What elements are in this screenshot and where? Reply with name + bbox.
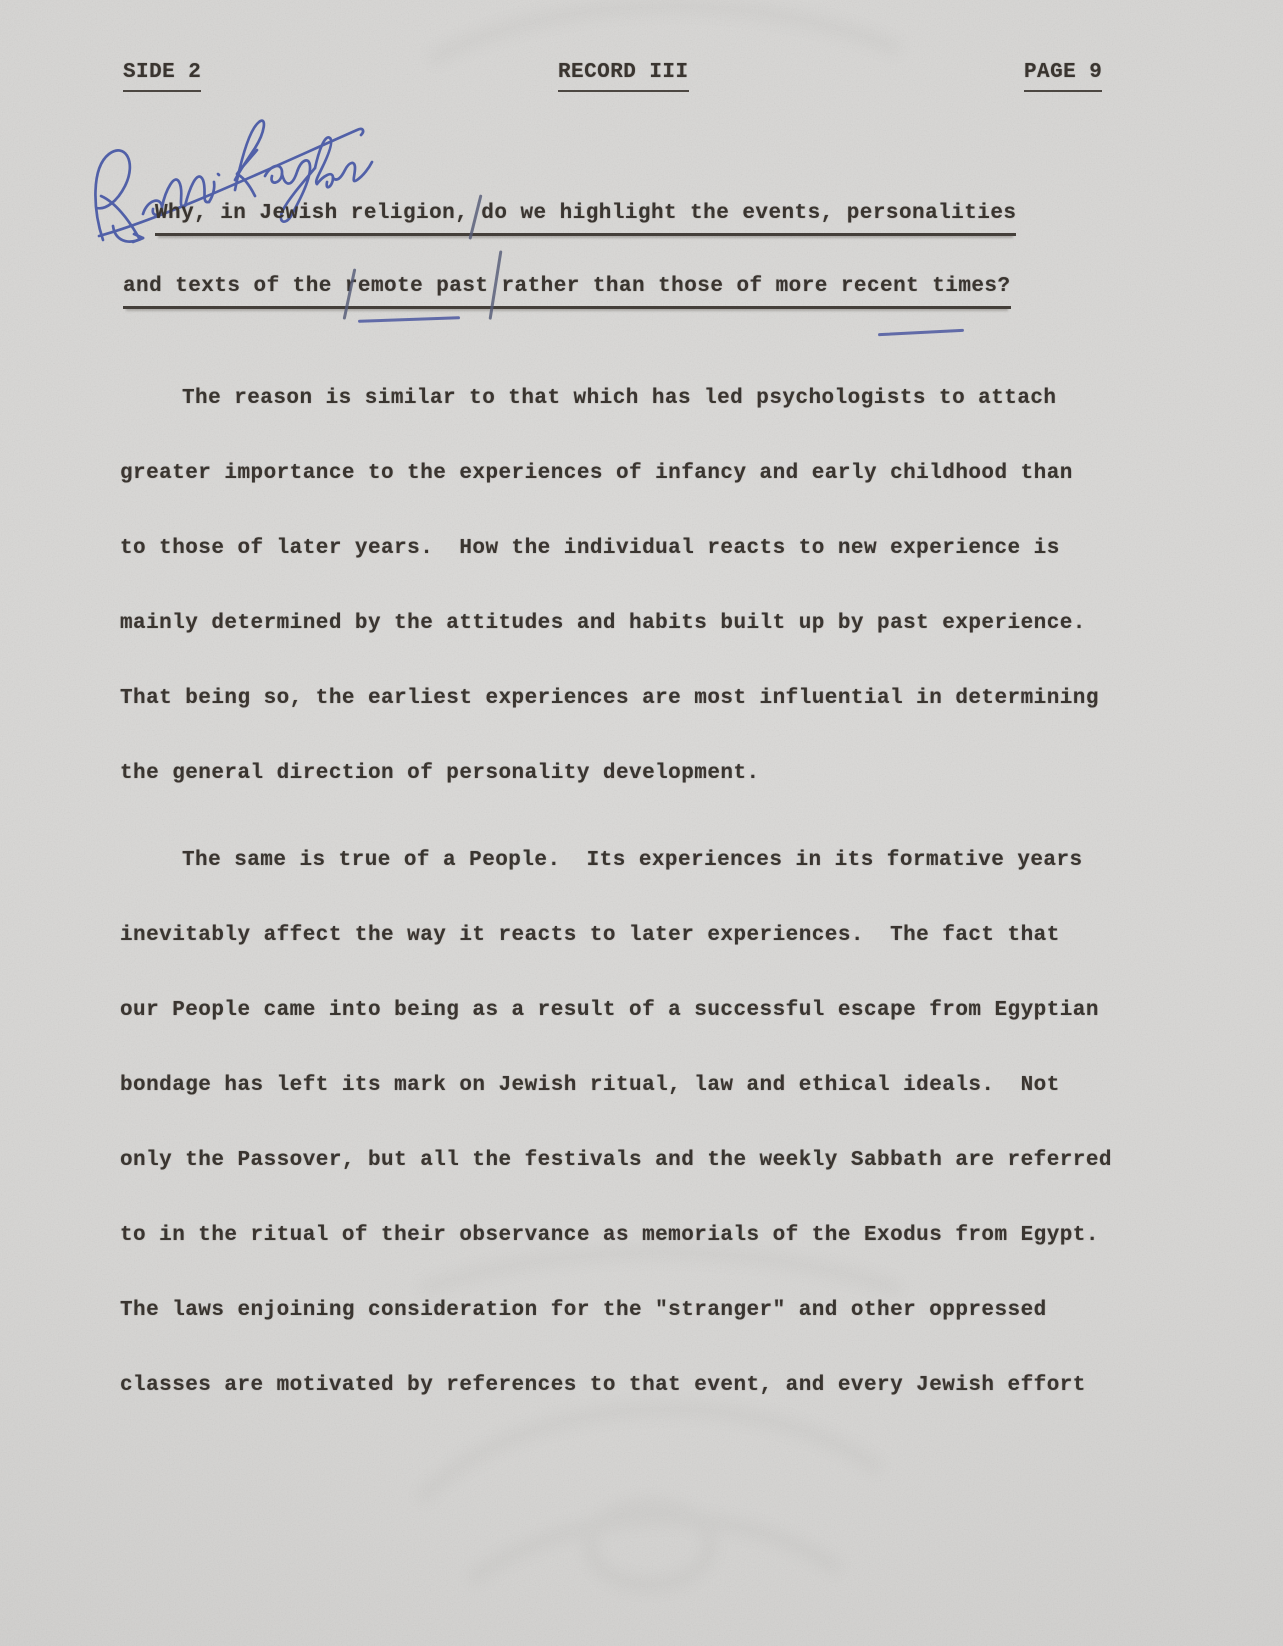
- insertion-arrow-icon: [113, 226, 143, 242]
- paragraph-2-line: The laws enjoining consideration for the…: [120, 1298, 1047, 1324]
- paragraph-2-line: bondage has left its mark on Jewish ritu…: [120, 1073, 1060, 1099]
- question-heading-line-1: Why, in Jewish religion, do we highlight…: [155, 201, 1016, 236]
- bleed-through-ghost: [420, 6, 900, 1585]
- paragraph-2-line: inevitably affect the way it reacts to l…: [120, 923, 1060, 949]
- paragraph-1-line: to those of later years. How the individ…: [120, 536, 1060, 562]
- header-page-number: PAGE 9: [1024, 60, 1102, 92]
- pen-underline-remote: [358, 316, 460, 323]
- header-side-label: SIDE 2: [123, 60, 201, 92]
- paragraph-2-line: classes are motivated by references to t…: [120, 1373, 1086, 1399]
- typewritten-document-page: SIDE 2 RECORD III PAGE 9: [0, 0, 1283, 1646]
- pen-underline-recent-times: [878, 329, 964, 336]
- header-record-label: RECORD III: [558, 60, 689, 92]
- question-heading-line-2: and texts of the remote past rather than…: [123, 274, 1011, 309]
- paragraph-1-line: greater importance to the experiences of…: [120, 461, 1073, 487]
- paragraph-2-line: to in the ritual of their observance as …: [120, 1223, 1099, 1249]
- paragraph-1-line: the general direction of personality dev…: [120, 761, 760, 787]
- paragraph-2-line: only the Passover, but all the festivals…: [120, 1148, 1112, 1174]
- paragraph-2-line: The same is true of a People. Its experi…: [120, 848, 1083, 874]
- paragraph-1-line: That being so, the earliest experiences …: [120, 686, 1099, 712]
- paragraph-2-line: our People came into being as a result o…: [120, 998, 1099, 1024]
- paragraph-1-line: mainly determined by the attitudes and h…: [120, 611, 1086, 637]
- paragraph-1-line: The reason is similar to that which has …: [120, 386, 1057, 412]
